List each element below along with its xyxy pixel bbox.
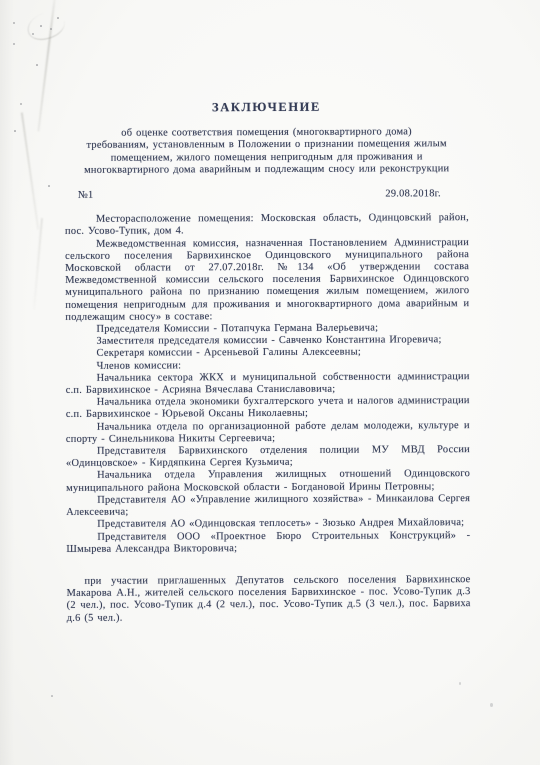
speckle-mark [32, 33, 34, 35]
scanned-document-page: ЗАКЛЮЧЕНИЕ об оценке соответствия помеще… [0, 0, 540, 765]
paper-crease [21, 112, 39, 229]
speckle-mark [14, 130, 16, 132]
speckle-mark [40, 25, 42, 27]
scan-edge-shading [0, 0, 14, 765]
paper-fold-mark [24, 8, 68, 43]
doc-number: №1 [65, 190, 94, 202]
document-title: ЗАКЛЮЧЕНИЕ [64, 100, 468, 114]
speckle-mark [459, 682, 461, 685]
commission-intro-paragraph: Межведомственная комиссия, назначенная П… [65, 237, 469, 324]
member-item: Представителя АО «Одинцовская теплосеть»… [66, 517, 470, 531]
paper-crease [33, 218, 43, 310]
participants-paragraph: при участии приглашенных Депутатов сельс… [67, 574, 471, 625]
speckle-mark [48, 185, 50, 187]
speckle-mark [36, 64, 38, 66]
subtitle-line: многоквартирного дома аварийным и подлеж… [65, 163, 469, 177]
speckle-mark [20, 103, 22, 105]
member-item: Начальника отдела экономики бухгалтерско… [66, 395, 470, 421]
document-subtitle: об оценке соответствия помещения (многок… [65, 126, 469, 177]
member-item: Представителя Барвихинского отделения по… [66, 444, 470, 470]
member-item: Начальника сектора ЖКХ и муниципальной с… [66, 371, 470, 397]
speckle-mark [490, 703, 493, 707]
doc-date: 29.08.2018г. [385, 188, 469, 201]
speckle-mark [51, 695, 53, 697]
document-content: ЗАКЛЮЧЕНИЕ об оценке соответствия помеще… [64, 0, 471, 625]
doc-number-row: №1 29.08.2018г. [65, 188, 469, 202]
paper-crease [37, 0, 56, 132]
speckle-mark [50, 28, 52, 30]
location-paragraph: Месторасположение помещения: Московская … [65, 212, 469, 238]
member-item: Представителя ООО «Проектное Бюро Строит… [66, 530, 470, 556]
document-body: Месторасположение помещения: Московская … [65, 212, 471, 624]
member-item: Начальника отдела по организационной раб… [66, 420, 470, 446]
speckle-mark [57, 17, 59, 19]
member-item: Представителя АО «Управление жилищного х… [66, 493, 470, 519]
member-item: Начальника отдела Управления жилищных от… [66, 469, 470, 495]
